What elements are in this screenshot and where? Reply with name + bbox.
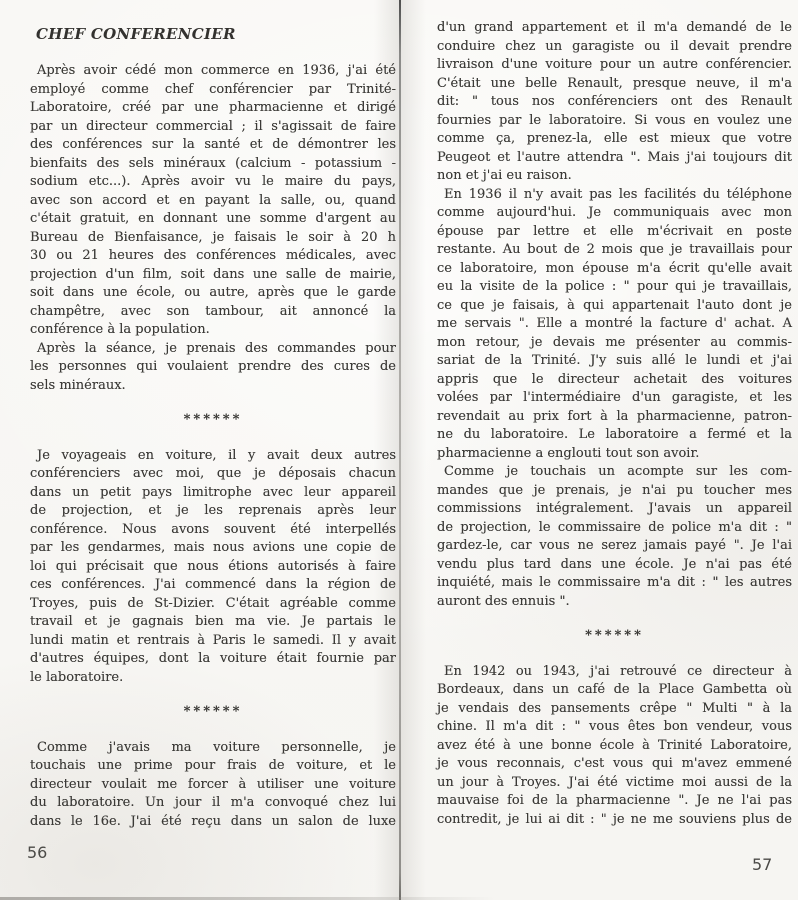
text-line: volées par l'intermédiaire d'un garagist… — [437, 389, 792, 408]
text-line: par un directeur commercial ; il s'agiss… — [30, 118, 396, 137]
text-line: les personnes qui voulaient prendre des … — [30, 358, 396, 377]
text-line: champêtre, avec son tambour, ait annoncé… — [30, 303, 396, 322]
text-line: sels minéraux. — [30, 377, 396, 396]
text-line: ne du laboratoire. Le laboratoire a ferm… — [437, 426, 792, 445]
text-line: lundi matin et rentrais à Paris le samed… — [30, 632, 396, 651]
section-separator: ****** — [30, 411, 396, 430]
text-line: comme aujourd'hui. Je communiquais avec … — [437, 204, 792, 223]
text-line: C'était une belle Renault, presque neuve… — [437, 75, 792, 94]
text-line: dans le 16e. J'ai été reçu dans un salon… — [30, 813, 396, 832]
text-line: mandes que je prenais, je n'ai pu touche… — [437, 482, 792, 501]
right-page: d'un grand appartement et il m'a demandé… — [437, 0, 792, 829]
right-page-body: d'un grand appartement et il m'a demandé… — [437, 19, 792, 829]
text-line: par les gendarmes, mais nous avions une … — [30, 539, 396, 558]
text-line: livraison d'une voiture pour un autre co… — [437, 56, 792, 75]
page-number-left: 56 — [27, 843, 47, 862]
text-line: conférence. Nous avons souvent été inter… — [30, 521, 396, 540]
text-line: de projection, le commissaire de police … — [437, 519, 792, 538]
text-line: Bureau de Bienfaisance, je faisais le so… — [30, 229, 396, 248]
text-line: avez été à une bonne école à Trinité Lab… — [437, 737, 792, 756]
text-line: je vous reconnais, c'est vous qui m'avez… — [437, 755, 792, 774]
text-line: appris que le directeur achetait des voi… — [437, 371, 792, 390]
text-line: sodium etc...). Après avoir vu le maire … — [30, 173, 396, 192]
text-line: contredit, je lui ai dit : " je ne me so… — [437, 811, 792, 830]
text-line: Comme je touchais un acompte sur les com… — [437, 463, 792, 482]
text-line: conférence à la population. — [30, 321, 396, 340]
running-header: CHEF CONFERENCIER — [36, 25, 396, 43]
text-line: Bordeaux, dans un café de la Place Gambe… — [437, 681, 792, 700]
page-number-right: 57 — [752, 855, 772, 874]
text-line: Troyes, puis de St-Dizier. C'était agréa… — [30, 595, 396, 614]
left-page-body: Après avoir cédé mon commerce en 1936, j… — [30, 62, 396, 831]
text-line: employé comme chef conférencier par Trin… — [30, 81, 396, 100]
text-line: mauvaise foi de la pharmacienne ". Je ne… — [437, 792, 792, 811]
text-line: 30 ou 21 heures des conférences médicale… — [30, 247, 396, 266]
text-line: Laboratoire, créé par une pharmacienne e… — [30, 99, 396, 118]
text-line: ce laboratoire, mon épouse m'a écrit qu'… — [437, 260, 792, 279]
text-line: me servais ". Elle a montré la facture d… — [437, 315, 792, 334]
text-line: pharmacienne a englouti tout son avoir. — [437, 445, 792, 464]
text-line: eu la visite de la police : " pour qui j… — [437, 278, 792, 297]
text-line: travail et je gagnais bien ma vie. Je pa… — [30, 613, 396, 632]
text-line: conduire chez un garagiste ou il devait … — [437, 38, 792, 57]
text-line: le laboratoire. — [30, 669, 396, 688]
text-line: directeur voulait me forcer à utiliser u… — [30, 776, 396, 795]
text-line: En 1936 il n'y avait pas les facilités d… — [437, 186, 792, 205]
text-line: projection d'un film, soit dans une sall… — [30, 266, 396, 285]
text-line: avec son accord et en payant la salle, o… — [30, 192, 396, 211]
text-line: épouse par lettre et elle m'écrivait en … — [437, 223, 792, 242]
text-line: bienfaits des sels minéraux (calcium - p… — [30, 155, 396, 174]
text-line: Je voyageais en voiture, il y avait deux… — [30, 447, 396, 466]
text-line: inquiété, mais le commissaire m'a dit : … — [437, 574, 792, 593]
text-line: des conférences sur la santé et de démon… — [30, 136, 396, 155]
text-line: auront des ennuis ". — [437, 593, 792, 612]
text-line: Peugeot et l'autre attendra ". Mais j'ai… — [437, 149, 792, 168]
text-line: Après la séance, je prenais des commande… — [30, 340, 396, 359]
text-line: dans un petit pays limitrophe avec leur … — [30, 484, 396, 503]
text-line: chine. Il m'a dit : " vous êtes bon vend… — [437, 718, 792, 737]
text-line: soit dans une école, ou autre, après que… — [30, 284, 396, 303]
text-line: vendu plus tard dans une école. Je n'ai … — [437, 556, 792, 575]
text-line: loi qui précisait que nous étions autori… — [30, 558, 396, 577]
text-line: non et j'ai eu raison. — [437, 167, 792, 186]
text-line: d'autres équipes, dont la voiture était … — [30, 650, 396, 669]
text-line: comme ça, prenez-la, elle est mieux que … — [437, 130, 792, 149]
text-line: de projection, et je les reprenais après… — [30, 502, 396, 521]
text-line: touchais une prime pour frais de voiture… — [30, 757, 396, 776]
spine-line — [399, 0, 401, 900]
left-page: CHEF CONFERENCIER Après avoir cédé mon c… — [30, 0, 396, 831]
text-line: dit: " tous nos conférenciers ont des Re… — [437, 93, 792, 112]
text-line: fournies par le laboratoire. Si vous en … — [437, 112, 792, 131]
text-line: Après avoir cédé mon commerce en 1936, j… — [30, 62, 396, 81]
section-separator: ****** — [30, 703, 396, 722]
text-line: un jour à Troyes. J'ai été victime moi a… — [437, 774, 792, 793]
text-line: d'un grand appartement et il m'a demandé… — [437, 19, 792, 38]
text-line: c'était gratuit, en donnant une somme d'… — [30, 210, 396, 229]
text-line: Comme j'avais ma voiture personnelle, je — [30, 739, 396, 758]
text-line: conférenciers avec moi, que je déposais … — [30, 465, 396, 484]
text-line: ces conférences. J'ai commencé dans la r… — [30, 576, 396, 595]
text-line: En 1942 ou 1943, j'ai retrouvé ce direct… — [437, 663, 792, 682]
text-line: sariat de la Trinité. J'y suis allé le l… — [437, 352, 792, 371]
section-separator: ****** — [437, 627, 792, 646]
text-line: mon retour, je devais me présenter au co… — [437, 334, 792, 353]
text-line: du laboratoire. Un jour il m'a convoqué … — [30, 794, 396, 813]
text-line: je vendais des pansements crêpe " Multi … — [437, 700, 792, 719]
text-line: gardez-le, car vous ne serez jamais payé… — [437, 537, 792, 556]
text-line: revendait au prix fort à la pharmacienne… — [437, 408, 792, 427]
text-line: commissions intégralement. J'avais un ap… — [437, 500, 792, 519]
text-line: restante. Au bout de 2 mois que je trava… — [437, 241, 792, 260]
text-line: ce que je faisais, à qui appartenait l'a… — [437, 297, 792, 316]
book-spread: CHEF CONFERENCIER Après avoir cédé mon c… — [0, 0, 798, 900]
